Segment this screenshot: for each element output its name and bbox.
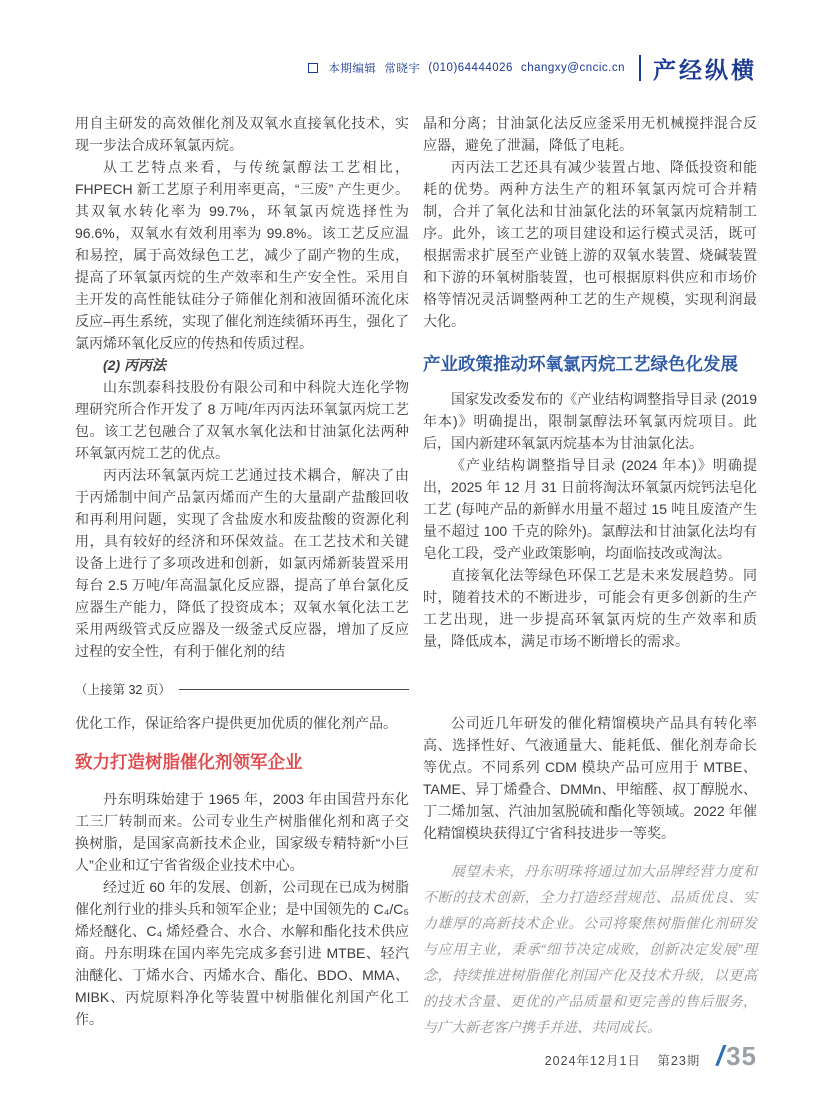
heading-resin-catalyst-leader: 致力打造树脂催化剂领军企业 — [75, 750, 409, 774]
continuation-rule — [179, 689, 409, 690]
subheading-bingbing-method: (2) 丙丙法 — [75, 354, 409, 376]
paragraph: 晶和分离；甘油氯化法反应釜采用无机械搅拌混合反应器，避免了泄漏，降低了电耗。 — [423, 112, 757, 156]
page-number: /35 — [716, 1040, 757, 1072]
continuation-note: （上接第 32 页） — [75, 680, 171, 698]
editor-label: 本期编辑 — [328, 60, 376, 76]
heading-industrial-policy: 产业政策推动环氧氯丙烷工艺绿色化发展 — [423, 352, 757, 376]
paragraph: 山东凯泰科技股份有限公司和中科院大连化学物理研究所合作开发了 8 万吨/年丙丙法… — [75, 376, 409, 464]
paragraph: 从工艺特点来看，与传统氯醇法工艺相比，FHPECH 新工艺原子利用率更高，“三废… — [75, 156, 409, 354]
top-article: 用自主研发的高效催化剂及双氧水直接氧化技术，实现一步法合成环氧氯丙烷。 从工艺特… — [75, 112, 757, 662]
continuation-divider: （上接第 32 页） — [75, 680, 409, 698]
page-number-value: 35 — [726, 1041, 757, 1071]
outlook-paragraph: 展望未来，丹东明珠将通过加大品牌经营力度和不断的技术创新，全力打造经营规范、品质… — [423, 858, 757, 1040]
page-footer: 2024年12月1日 第23期 /35 — [545, 1040, 757, 1072]
paragraph: 丙丙法工艺还具有减少装置占地、降低投资和能耗的优势。两种方法生产的粗环氧氯丙烷可… — [423, 156, 757, 332]
footer-issue: 第23期 — [657, 1054, 700, 1068]
paragraph: 经过近 60 年的发展、创新，公司现在已成为树脂催化剂行业的排头兵和领军企业；是… — [75, 876, 409, 1030]
paragraph: 用自主研发的高效催化剂及双氧水直接氧化技术，实现一步法合成环氧氯丙烷。 — [75, 112, 409, 156]
bottom-article: 优化工作，保证给客户提供更加优质的催化剂产品。 致力打造树脂催化剂领军企业 丹东… — [75, 712, 757, 1040]
bottom-article-left-column: 优化工作，保证给客户提供更加优质的催化剂产品。 致力打造树脂催化剂领军企业 丹东… — [75, 712, 409, 1040]
editor-info: 本期编辑 常晓宇 (010)64444026 changxy@cncic.cn — [308, 60, 625, 76]
header-divider — [639, 55, 641, 81]
top-article-left-column: 用自主研发的高效催化剂及双氧水直接氧化技术，实现一步法合成环氧氯丙烷。 从工艺特… — [75, 112, 409, 662]
editor-phone: (010)64444026 — [428, 62, 513, 74]
section-brand-title: 产经纵横 — [653, 52, 757, 85]
paragraph: 丹东明珠始建于 1965 年，2003 年由国营丹东化工三厂转制而来。公司专业生… — [75, 788, 409, 876]
bottom-article-right-column: 公司近几年研发的催化精馏模块产品具有转化率高、选择性好、气液通量大、能耗低、催化… — [423, 712, 757, 1040]
footer-date: 2024年12月1日 — [545, 1054, 641, 1068]
editor-email: changxy@cncic.cn — [521, 62, 625, 74]
top-article-right-column: 晶和分离；甘油氯化法反应釜采用无机械搅拌混合反应器，避免了泄漏，降低了电耗。 丙… — [423, 112, 757, 662]
paragraph: 《产业结构调整指导目录 (2024 年本)》明确提出，2025 年 12 月 3… — [423, 454, 757, 564]
paragraph: 优化工作，保证给客户提供更加优质的催化剂产品。 — [75, 712, 409, 734]
footer-meta: 2024年12月1日 第23期 — [545, 1051, 701, 1069]
editor-name: 常晓宇 — [384, 60, 420, 76]
magazine-page: 本期编辑 常晓宇 (010)64444026 changxy@cncic.cn … — [0, 50, 816, 1040]
paragraph: 国家发改委发布的《产业结构调整指导目录 (2019 年本)》明确提出，限制氯醇法… — [423, 388, 757, 454]
paragraph: 公司近几年研发的催化精馏模块产品具有转化率高、选择性好、气液通量大、能耗低、催化… — [423, 712, 757, 844]
square-bullet-icon — [308, 63, 318, 73]
slash-glyph: / — [716, 1040, 725, 1071]
page-header: 本期编辑 常晓宇 (010)64444026 changxy@cncic.cn … — [75, 50, 757, 86]
paragraph: 丙丙法环氧氯丙烷工艺通过技术耦合，解决了由于丙烯制中间产品氯丙烯而产生的大量副产… — [75, 464, 409, 662]
paragraph: 直接氧化法等绿色环保工艺是未来发展趋势。同时，随着技术的不断进步，可能会有更多创… — [423, 564, 757, 652]
